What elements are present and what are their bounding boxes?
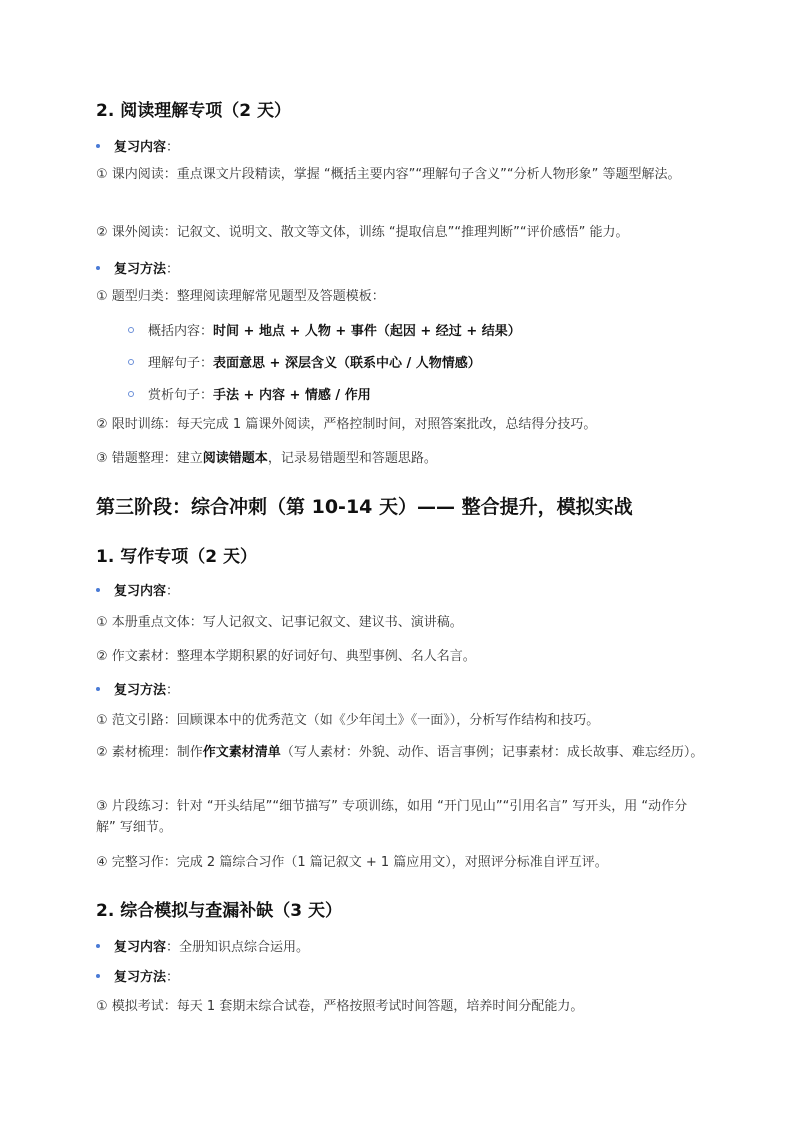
writing-content-item-1: ① 本册重点文体：写人记叙文、记事记叙文、建议书、演讲稿。 <box>96 612 706 633</box>
circle-bullet-icon <box>128 327 134 333</box>
bullet-review-content: 复习内容： <box>96 580 179 599</box>
reading-method-1: ① 题型归类：整理阅读理解常见题型及答题模板： <box>96 286 706 307</box>
bullet-dot-icon <box>96 144 100 148</box>
bullet-dot-icon <box>96 687 100 691</box>
stage-heading: 第三阶段：综合冲刺（第 10-14 天）—— 整合提升，模拟实战 <box>96 492 633 519</box>
bullet-dot-icon <box>96 588 100 592</box>
bullet-dot-icon <box>96 974 100 978</box>
writing-content-item-2: ② 作文素材：整理本学期积累的好词好句、典型事例、名人名言。 <box>96 646 706 667</box>
reading-method-2: ② 限时训练：每天完成 1 篇课外阅读，严格控制时间，对照答案批改，总结得分技巧… <box>96 414 706 435</box>
writing-method-4: ④ 完整习作：完成 2 篇综合习作（1 篇记叙文 + 1 篇应用文），对照评分标… <box>96 852 706 873</box>
circle-bullet-icon <box>128 359 134 365</box>
template-item-summary: 概括内容：时间 + 地点 + 人物 + 事件（起因 + 经过 + 结果） <box>128 320 521 339</box>
bullet-review-method: 复习方法： <box>96 966 179 985</box>
reading-content-item-2: ② 课外阅读：记叙文、说明文、散文等文体，训练 “提取信息”“推理判断”“评价感… <box>96 222 706 243</box>
reading-method-3: ③ 错题整理：建立阅读错题本，记录易错题型和答题思路。 <box>96 448 706 469</box>
circle-bullet-icon <box>128 391 134 397</box>
writing-method-2: ② 素材梳理：制作作文素材清单（写人素材：外貌、动作、语言事例；记事素材：成长故… <box>96 742 706 763</box>
bullet-dot-icon <box>96 266 100 270</box>
bullet-review-content: 复习内容： <box>96 136 179 155</box>
section-heading-mock: 2. 综合模拟与查漏补缺（3 天） <box>96 896 342 921</box>
bullet-review-method: 复习方法： <box>96 679 179 698</box>
bullet-review-content: 复习内容：全册知识点综合运用。 <box>96 936 309 955</box>
reading-content-item-1: ① 课内阅读：重点课文片段精读，掌握 “概括主要内容”“理解句子含义”“分析人物… <box>96 164 706 185</box>
writing-method-3: ③ 片段练习：针对 “开头结尾”“细节描写” 专项训练，如用 “开门见山”“引用… <box>96 796 706 838</box>
section-heading-reading: 2. 阅读理解专项（2 天） <box>96 96 291 121</box>
bullet-review-method: 复习方法： <box>96 258 179 277</box>
bullet-dot-icon <box>96 944 100 948</box>
template-item-sentence: 理解句子：表面意思 + 深层含义（联系中心 / 人物情感） <box>128 352 481 371</box>
template-item-appreciate: 赏析句子：手法 + 内容 + 情感 / 作用 <box>128 384 371 403</box>
section-heading-writing: 1. 写作专项（2 天） <box>96 542 257 567</box>
writing-method-1: ① 范文引路：回顾课本中的优秀范文（如《少年闰土》《一面》），分析写作结构和技巧… <box>96 710 706 731</box>
mock-method-1: ① 模拟考试：每天 1 套期末综合试卷，严格按照考试时间答题，培养时间分配能力。 <box>96 996 706 1017</box>
